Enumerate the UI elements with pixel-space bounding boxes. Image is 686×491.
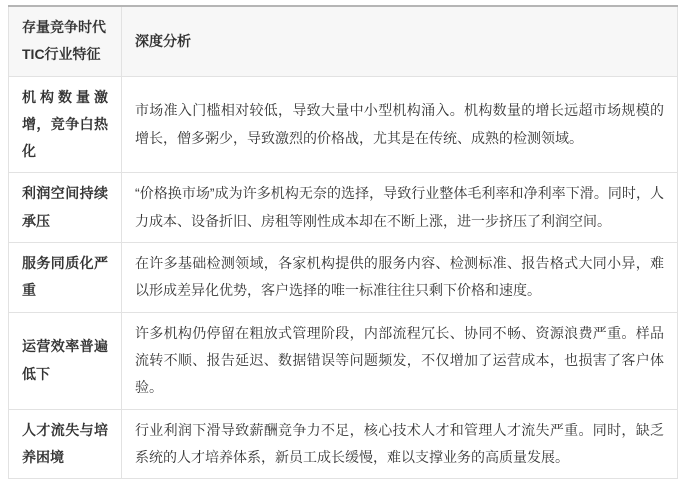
table-row: 运营效率普遍低下 许多机构仍停留在粗放式管理阶段，内部流程冗长、协同不畅、资源浪… — [9, 312, 678, 409]
table-row: 利润空间持续承压 “价格换市场”成为许多机构无奈的选择，导致行业整体毛利率和净利… — [9, 173, 678, 243]
analysis-cell: 行业利润下滑导致薪酬竞争力不足，核心技术人才和管理人才流失严重。同时，缺乏系统的… — [122, 409, 678, 479]
table-row: 机构数量激增，竞争白热化 市场准入门槛相对较低，导致大量中小型机构涌入。机构数量… — [9, 76, 678, 173]
feature-cell: 利润空间持续承压 — [9, 173, 122, 243]
table-row: 服务同质化严重 在许多基础检测领域，各家机构提供的服务内容、检测标准、报告格式大… — [9, 243, 678, 313]
feature-cell: 服务同质化严重 — [9, 243, 122, 313]
document-page: 存量竞争时代TIC行业特征 深度分析 机构数量激增，竞争白热化 市场准入门槛相对… — [0, 0, 686, 491]
feature-cell: 机构数量激增，竞争白热化 — [9, 76, 122, 173]
analysis-cell: 许多机构仍停留在粗放式管理阶段，内部流程冗长、协同不畅、资源浪费严重。样品流转不… — [122, 312, 678, 409]
analysis-cell: 在许多基础检测领域，各家机构提供的服务内容、检测标准、报告格式大同小异，难以形成… — [122, 243, 678, 313]
analysis-cell: “价格换市场”成为许多机构无奈的选择，导致行业整体毛利率和净利率下滑。同时，人力… — [122, 173, 678, 243]
table-row: 人才流失与培养困境 行业利润下滑导致薪酬竞争力不足，核心技术人才和管理人才流失严… — [9, 409, 678, 479]
analysis-column-header: 深度分析 — [122, 6, 678, 76]
table-header-row: 存量竞争时代TIC行业特征 深度分析 — [9, 6, 678, 76]
feature-cell: 运营效率普遍低下 — [9, 312, 122, 409]
feature-column-header: 存量竞争时代TIC行业特征 — [9, 6, 122, 76]
tic-industry-analysis-table: 存量竞争时代TIC行业特征 深度分析 机构数量激增，竞争白热化 市场准入门槛相对… — [8, 5, 678, 479]
feature-cell: 人才流失与培养困境 — [9, 409, 122, 479]
analysis-cell: 市场准入门槛相对较低，导致大量中小型机构涌入。机构数量的增长远超市场规模的增长，… — [122, 76, 678, 173]
